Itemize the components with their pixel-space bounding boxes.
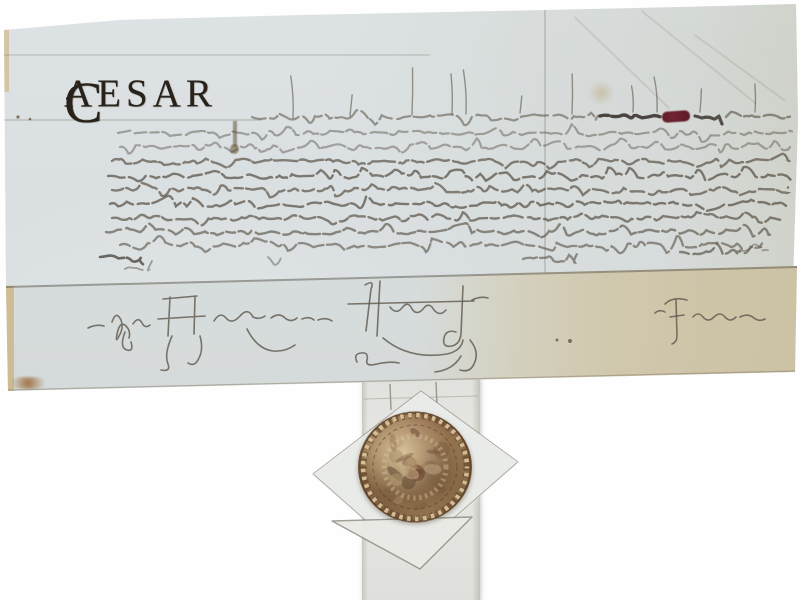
ink-smudge (586, 82, 616, 104)
plica-corner-stain (6, 377, 50, 389)
heading-period: . (64, 74, 77, 108)
diagonal-crease-2 (641, 10, 757, 105)
plica-left-edge (6, 284, 14, 392)
parchment-left-edge (4, 8, 9, 92)
red-ink-blob (662, 110, 691, 123)
wax-seal (358, 412, 472, 522)
horizontal-crease-upper (0, 54, 430, 56)
vertical-fold-crease (544, 8, 546, 286)
heading-rest: AESAR (64, 74, 217, 113)
ink-drip-blob (230, 144, 239, 154)
horizontal-crease-heading (0, 119, 262, 121)
charter-photo: CAESAR. (0, 0, 803, 600)
